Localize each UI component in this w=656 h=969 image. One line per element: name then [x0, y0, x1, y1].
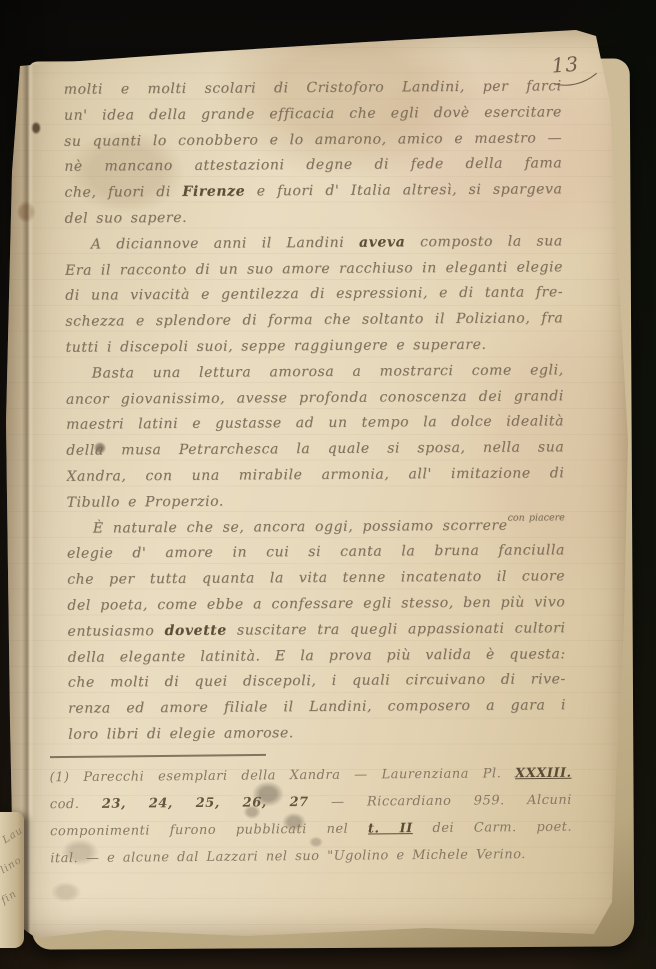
manuscript-line: un' idea della grande efficacia che egli…: [64, 100, 562, 129]
text-fragment: fin: [0, 889, 19, 907]
text-segment: dei Carm. poet.: [413, 820, 572, 836]
manuscript-line: molti e molti scolari di Cristoforo Land…: [64, 74, 562, 103]
previous-page-edge: Lau lino fin: [0, 812, 24, 948]
manuscript-line: che per tutta quanta la vita tenne incat…: [67, 564, 565, 593]
manuscript-line: del suo sapere.: [65, 203, 563, 232]
underlined-numeral: t. II: [368, 821, 413, 836]
text-segment: A diciannove anni il Landini: [91, 234, 359, 252]
manuscript-page: 13 molti e molti scolari di Cristoforo L…: [6, 22, 636, 948]
manuscript-line: entusiasmo dovette suscitare tra quegli …: [67, 616, 565, 645]
manuscript-line: che molti di quei discepoli, i quali cir…: [68, 668, 566, 697]
emphasized-word: Firenze: [182, 184, 245, 200]
manuscript-line: della elegante latinità. E la prova più …: [68, 642, 566, 671]
manuscript-line: loro libri di elegie amorose.: [68, 719, 566, 748]
manuscript-line: elegie d' amore in cui si canta la bruna…: [67, 539, 565, 568]
retraced-word: dovette: [165, 622, 227, 638]
text-segment: — Riccardiano 959. Alcuni: [309, 793, 572, 810]
manuscript-line: Basta una lettura amorosa a mostrarci co…: [66, 358, 564, 387]
manuscript-line: della musa Petrarchesca la quale si spos…: [66, 435, 564, 464]
manuscript-line: del poeta, come ebbe a confessare egli s…: [67, 590, 565, 619]
underlined-numeral: XXXIII.: [515, 766, 572, 781]
text-segment: entusiasmo: [67, 623, 164, 640]
retraced-numbers: 23, 24, 25, 26, 27: [102, 795, 309, 812]
photo-background: 13 molti e molti scolari di Cristoforo L…: [0, 0, 656, 969]
text-segment: componimenti furono pubblicati nel: [50, 822, 368, 840]
manuscript-line: schezza e splendore di forma che soltant…: [65, 306, 563, 335]
retraced-word: aveva: [359, 234, 405, 250]
manuscript-line: Tibullo e Properzio.: [67, 487, 565, 516]
manuscript-line: su quanti lo conobbero e lo amarono, ami…: [64, 126, 562, 155]
manuscript-line: che, fuori di Firenze e fuori d' Italia …: [64, 177, 562, 206]
manuscript-line: A diciannove anni il Landini aveva compo…: [65, 229, 563, 258]
interline-insertion: con piacere: [508, 513, 565, 523]
footnote-separator: [50, 754, 266, 758]
text-fragment: lino: [0, 855, 24, 876]
text-segment: suscitare tra quegli appassionati cultor…: [227, 620, 566, 638]
manuscript-line: Xandra, con una mirabile armonia, all' i…: [66, 461, 564, 490]
footnote-line: ital. — e alcune dal Lazzari nel suo "Ug…: [50, 841, 572, 873]
manuscript-line: nè mancano attestazioni degne di fede de…: [64, 152, 562, 181]
manuscript-line: ancor giovanissimo, avesse profonda cono…: [66, 384, 564, 413]
text-segment: È naturale che se, ancora oggi, possiamo…: [93, 517, 508, 536]
manuscript-line: maestri latini e gustasse ad un tempo la…: [66, 410, 564, 439]
manuscript-line: È naturale che se, ancora oggi, possiamo…: [67, 513, 565, 542]
body-text: molti e molti scolari di Cristoforo Land…: [64, 74, 567, 748]
text-fragment: Lau: [1, 825, 26, 846]
manuscript-line: tutti i discepoli suoi, seppe raggiunger…: [65, 332, 563, 361]
manuscript-line: renza ed amore filiale il Landini, compo…: [68, 693, 566, 722]
text-segment: che, fuori di: [64, 184, 182, 201]
gutter-crease: [22, 22, 34, 948]
text-segment: e fuori d' Italia altresì, si spargeva: [245, 181, 562, 199]
text-segment: cod.: [50, 797, 102, 812]
footnote-text: (1) Parecchi esemplari della Xandra — La…: [50, 760, 573, 873]
manuscript-line: di una vivacità e gentilezza di espressi…: [65, 281, 563, 310]
text-segment: (1) Parecchi esemplari della Xandra — La…: [50, 766, 516, 785]
manuscript-line: Era il racconto di un suo amore racchius…: [65, 255, 563, 284]
